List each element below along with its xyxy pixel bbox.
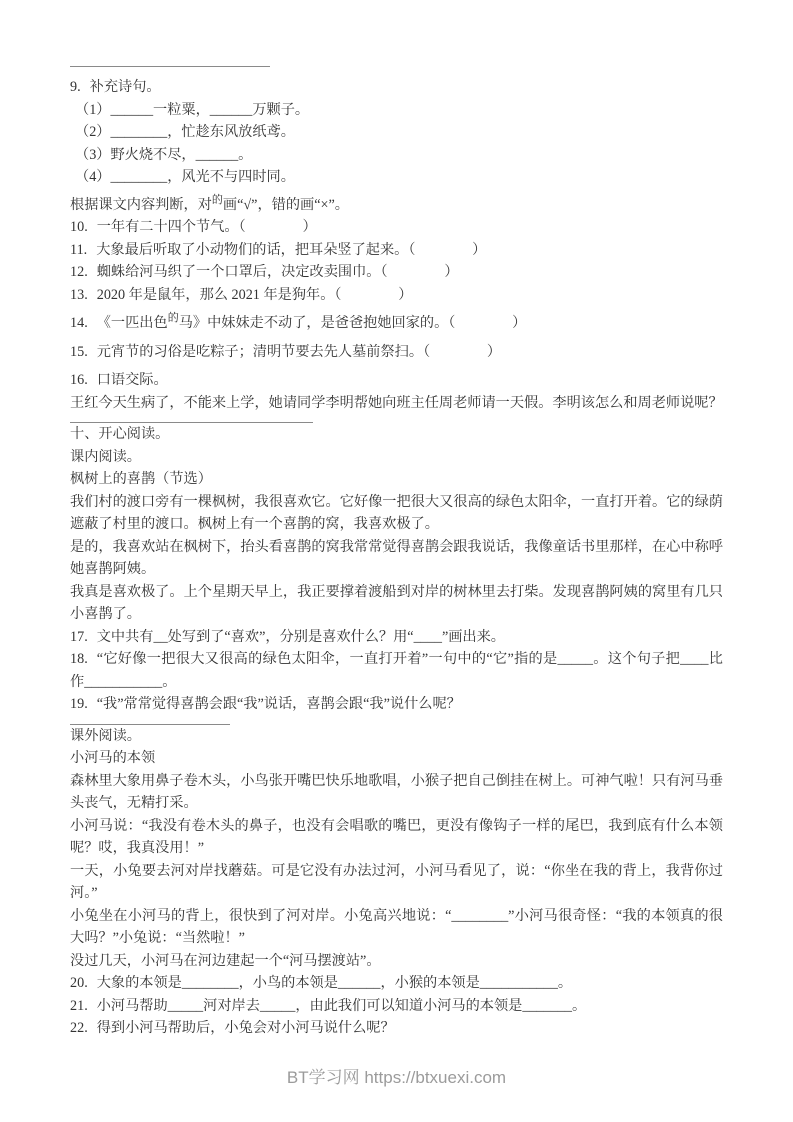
question-number: 16. — [70, 372, 88, 388]
question-14: 14.《一匹出色的马》中妹妹走不动了，是爸爸抱她回家的。（ ） — [70, 312, 723, 335]
question-22: 22.得到小河马帮助后，小兔会对小河马说什么呢？ — [70, 1017, 723, 1040]
passage-paragraph: 我们村的渡口旁有一棵枫树，我很喜欢它。它好像一把很大又很高的绿色太阳伞，一直打开… — [70, 491, 723, 536]
question-text: 蜘蛛给河马织了一个口罩后，决定改卖围巾。（ ） — [97, 264, 459, 280]
exam-page: 9.补充诗句。 （1）______一粒粟，______万颗子。 （2）_____… — [0, 0, 793, 1122]
passage-paragraph: 我真是喜欢极了。上个星期天早上，我正要撑着渡船到对岸的树林里去打柴。发现喜鹊阿姨… — [70, 581, 723, 626]
question-9-items: （1）______一粒粟，______万颗子。 （2）________，忙趁东风… — [70, 99, 723, 189]
question-text: “它好像一把很大又很高的绿色太阳伞，一直打开着”一句中的“它”指的是_____。… — [70, 651, 723, 690]
question-number: 14. — [70, 315, 88, 331]
question-text: 文中共有__处写到了“喜欢”，分别是喜欢什么？用“____”画出来。 — [97, 629, 505, 645]
judge-section-instruction: 根据课文内容判断，对的画“√”，错的画“×”。 — [70, 194, 723, 217]
question-number: 15. — [70, 344, 88, 360]
question-number: 12. — [70, 264, 88, 280]
question-12: 12.蜘蛛给河马织了一个口罩后，决定改卖围巾。（ ） — [70, 261, 723, 284]
question-number: 20. — [70, 975, 88, 991]
passage-paragraph: 没过几天，小河马在河边建起一个“河马摆渡站”。 — [70, 950, 723, 973]
question-text: 元宵节的习俗是吃粽子；清明节要去先人墓前祭扫。（ ） — [97, 344, 501, 360]
question-21: 21.小河马帮助_____河对岸去_____，由此我们可以知道小河马的本领是__… — [70, 995, 723, 1018]
question-number: 21. — [70, 998, 88, 1014]
fill-in-item: （2）________，忙趁东风放纸鸢。 — [70, 121, 723, 144]
passage-paragraph: 森林里大象用鼻子卷木头，小鸟张开嘴巴快乐地歌唱，小猴子把自己倒挂在树上。可神气啦… — [70, 770, 723, 815]
question-number: 9. — [70, 79, 81, 95]
question-text: 小河马帮助_____河对岸去_____，由此我们可以知道小河马的本领是_____… — [97, 998, 586, 1014]
question-19: 19.“我”常常觉得喜鹊会跟“我”说话，喜鹊会跟“我”说什么呢？ — [70, 693, 723, 716]
question-text: 2020 年是鼠年，那么 2021 年是狗年。（ ） — [97, 287, 413, 303]
question-17: 17.文中共有__处写到了“喜欢”，分别是喜欢什么？用“____”画出来。 — [70, 626, 723, 649]
question-text: 口语交际。 — [97, 372, 168, 388]
fill-in-item: （3）野火烧不尽，______。 — [70, 144, 723, 167]
passage-paragraph: 小河马说：“我没有卷木头的鼻子，也没有会唱歌的嘴巴，更没有像钩子一样的尾巴，我到… — [70, 815, 723, 860]
footer-watermark: BT学习网 https://btxuexi.com — [0, 1066, 793, 1090]
question-text: 得到小河马帮助后，小兔会对小河马说什么呢？ — [97, 1020, 395, 1036]
in-class-reading-label: 课内阅读。 — [70, 446, 723, 469]
question-text: 大象最后听取了小动物们的话，把耳朵竖了起来。（ ） — [96, 242, 486, 258]
question-number: 18. — [70, 651, 88, 667]
reading-section: 十、开心阅读。 课内阅读。 枫树上的喜鹊（节选） 我们村的渡口旁有一棵枫树，我很… — [70, 423, 723, 1040]
question-10: 10.一年有二十四个节气。（ ） — [70, 216, 723, 239]
passage-title: 小河马的本领 — [70, 747, 723, 770]
question-number: 13. — [70, 287, 88, 303]
instruction-text: 画“√”，错的画“×”。 — [223, 197, 349, 213]
question-13: 13.2020 年是鼠年，那么 2021 年是狗年。（ ） — [70, 284, 723, 307]
oral-communication-prompt: 王红今天生病了，不能来上学，她请同学李明帮她向班主任周老师请一天假。李明该怎么和… — [70, 392, 723, 415]
question-number: 19. — [70, 696, 88, 712]
question-text: 《一匹出色 — [97, 315, 168, 331]
question-9: 9.补充诗句。 （1）______一粒粟，______万颗子。 （2）_____… — [70, 76, 723, 189]
question-11: 11.大象最后听取了小动物们的话，把耳朵竖了起来。（ ） — [70, 239, 723, 262]
passage-title: 枫树上的喜鹊（节选） — [70, 468, 723, 491]
question-text: 补充诗句。 — [90, 79, 161, 95]
passage-paragraph: 是的，我喜欢站在枫树下，抬头看喜鹊的窝我常常觉得喜鹊会跟我说话，我像童话书里那样… — [70, 536, 723, 581]
superscript-de: 的 — [168, 312, 179, 324]
question-text: “我”常常觉得喜鹊会跟“我”说话，喜鹊会跟“我”说什么呢？ — [97, 696, 461, 712]
question-text: 一年有二十四个节气。（ ） — [97, 219, 317, 235]
question-20: 20.大象的本领是________，小鸟的本领是______，小猴的本领是___… — [70, 972, 723, 995]
question-15: 15.元宵节的习俗是吃粽子；清明节要去先人墓前祭扫。（ ） — [70, 341, 723, 364]
question-18: 18.“它好像一把很大又很高的绿色太阳伞，一直打开着”一句中的“它”指的是___… — [70, 648, 723, 693]
section-title: 十、开心阅读。 — [70, 423, 723, 446]
superscript-de: 的 — [212, 194, 223, 206]
question-number: 11. — [70, 242, 87, 258]
question-number: 17. — [70, 629, 88, 645]
question-text: 马》中妹妹走不动了，是爸爸抱她回家的。（ ） — [179, 315, 527, 331]
question-text: 大象的本领是________，小鸟的本领是______，小猴的本领是______… — [97, 975, 572, 991]
question-number: 22. — [70, 1020, 88, 1036]
question-16: 16.口语交际。 — [70, 369, 723, 392]
question-number: 10. — [70, 219, 88, 235]
question-9-title: 9.补充诗句。 — [70, 76, 723, 99]
fill-in-item: （1）______一粒粟，______万颗子。 — [70, 99, 723, 122]
passage-paragraph: 小兔坐在小河马的背上，很快到了河对岸。小兔高兴地说：“________”小河马很… — [70, 905, 723, 950]
fill-in-item: （4）________，风光不与四时同。 — [70, 166, 723, 189]
passage-paragraph: 一天，小兔要去河对岸找蘑菇。可是它没有办法过河，小河马看见了，说：“你坐在我的背… — [70, 860, 723, 905]
out-class-reading-label: 课外阅读。 — [70, 725, 723, 748]
instruction-text: 根据课文内容判断，对 — [70, 197, 212, 213]
answer-line — [70, 66, 270, 67]
judge-questions: 10.一年有二十四个节气。（ ） 11.大象最后听取了小动物们的话，把耳朵竖了起… — [70, 216, 723, 392]
